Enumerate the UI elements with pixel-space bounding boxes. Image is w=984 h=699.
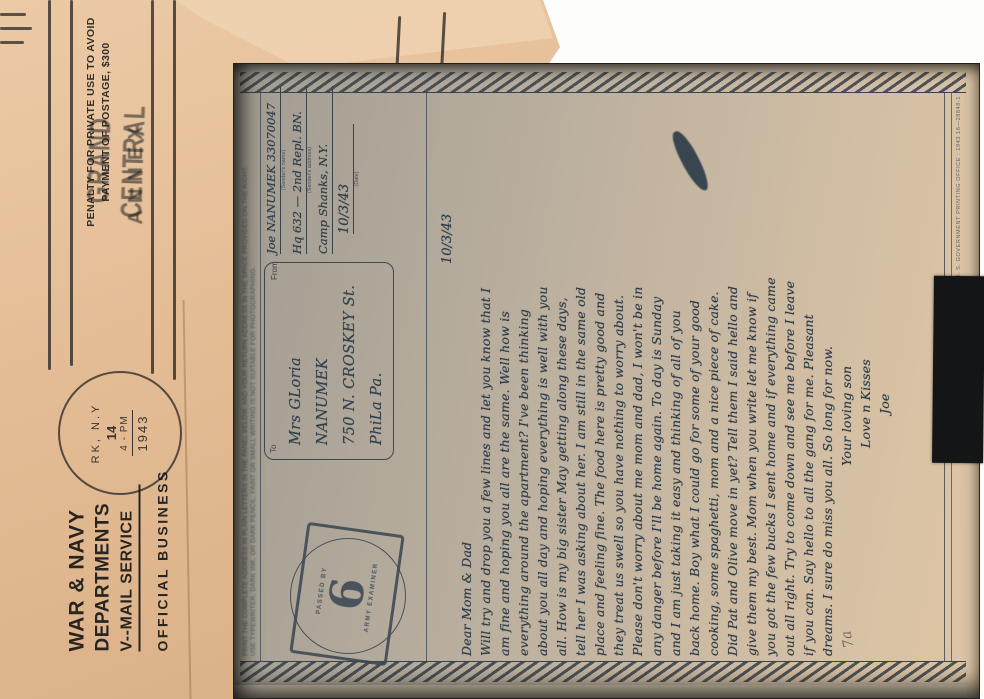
form-instructions: PRINT THE COMPLETE ADDRESS IN PLAIN LETT… bbox=[242, 96, 258, 656]
official-imprint: WAR & NAVY DEPARTMENTS V--MAIL SERVICE O… bbox=[66, 417, 206, 652]
address-line: PhiLa Pa. bbox=[364, 267, 391, 445]
cancellation-bar bbox=[48, 0, 51, 370]
sender-address1: Hq 632 — 2nd Repl. BN. bbox=[290, 86, 307, 254]
letter-line: you got the few bucks I sent home and if… bbox=[761, 96, 780, 656]
letter-line: if you can. Say hello to all the gang fo… bbox=[799, 96, 818, 656]
recipient-address: Mrs GLoria NANUMEK750 N. CROSKEY St.PhiL… bbox=[283, 267, 391, 445]
letter-date: 10/3/43 bbox=[438, 96, 457, 656]
vmail-photo: PRINT THE COMPLETE ADDRESS IN PLAIN LETT… bbox=[233, 63, 980, 699]
address-panel: To Mrs GLoria NANUMEK750 N. CROSKEY St.P… bbox=[264, 262, 394, 460]
imprint-official-business: OFFICIAL BUSINESS bbox=[155, 417, 171, 652]
printing-office-line: U. S. GOVERNMENT PRINTING OFFICE : 1943 … bbox=[956, 96, 962, 279]
signature: Joe bbox=[875, 96, 894, 414]
cancellation-bar bbox=[151, 0, 154, 374]
cancellation-bar bbox=[173, 0, 176, 380]
letter-line: place and feeling fine. The food here is… bbox=[590, 96, 609, 656]
instruction-line2: USE TYPEWRITER, DARK INK, OR DARK PENCIL… bbox=[250, 96, 258, 656]
letter-line: out all right. Try to come down and see … bbox=[780, 96, 799, 656]
to-label: To bbox=[269, 445, 278, 453]
cancel-stamp-annex: ANNEX bbox=[125, 117, 151, 227]
sender-date-caption: (Date) bbox=[354, 124, 360, 234]
letter-line: dreams. I sure do miss you all. So long … bbox=[818, 96, 837, 656]
censor-stamp-number: 6 bbox=[323, 575, 371, 613]
cancellation-dash bbox=[0, 13, 26, 16]
imprint-war-navy: WAR & NAVY bbox=[66, 417, 90, 652]
blackout-tape bbox=[932, 276, 984, 464]
sender-name-caption: (Sender's name) bbox=[281, 86, 287, 254]
sender-name: Joe NANUMEK 33070047 bbox=[264, 86, 281, 254]
address-line: Mrs GLoria NANUMEK bbox=[283, 267, 337, 445]
letter-line: they treat us swell so you have nothing … bbox=[609, 96, 628, 656]
letter-line: Please don't worry about me mom and dad,… bbox=[628, 96, 647, 656]
letter-line: Dear Mom & Dad bbox=[457, 96, 476, 656]
letter-line: Did Pat and Olive move in yet? Tell them… bbox=[723, 96, 742, 656]
letter-message: 10/3/43 Dear Mom & DadWill try and drop … bbox=[438, 96, 894, 656]
cancellation-dash bbox=[0, 41, 24, 44]
sender-date: 10/3/43 bbox=[337, 124, 354, 234]
letter-line: tell her I was asking about her. I am st… bbox=[571, 96, 590, 656]
scanned-vmail-and-envelope: PENALTY FOR PRIVATE USE TO AVOID PAYMENT… bbox=[0, 0, 984, 699]
vmail-form: PRINT THE COMPLETE ADDRESS IN PLAIN LETT… bbox=[240, 72, 966, 682]
header-divider-rule bbox=[426, 92, 427, 662]
hatched-border-left bbox=[240, 661, 966, 682]
cancellation-bar bbox=[70, 0, 73, 366]
cancel-stamp-grand-central: GRAND CENTRAL bbox=[80, 62, 123, 258]
letter-line: everything around the apartment? I've be… bbox=[514, 96, 533, 656]
closing-line: Love n Kisses bbox=[856, 96, 875, 448]
closing-line: Your loving son bbox=[837, 96, 856, 466]
pencil-annotation: 7a bbox=[838, 629, 857, 649]
letter-line: all. How is my big sister May getting al… bbox=[552, 96, 571, 656]
imprint-departments: DEPARTMENTS bbox=[93, 417, 115, 652]
photo-bottom-margin bbox=[234, 685, 979, 698]
sender-block: From Joe NANUMEK 33070047 (Sender's name… bbox=[264, 86, 363, 254]
form-top-rule bbox=[260, 92, 261, 662]
censor-stamp: PASSED BY 6 ARMY EXAMINER bbox=[289, 522, 404, 666]
letter-line: give them my best. Mom when you write le… bbox=[742, 96, 761, 656]
from-label: From bbox=[270, 261, 279, 280]
cancellation-dash bbox=[0, 27, 32, 30]
instruction-line1: PRINT THE COMPLETE ADDRESS IN PLAIN LETT… bbox=[242, 96, 250, 656]
sender-address2: Camp Shanks, N.Y. bbox=[316, 86, 333, 254]
letter-line: Will try and drop you a few lines and le… bbox=[476, 96, 495, 656]
letter-line: am fine and hoping you all are the same.… bbox=[495, 96, 514, 656]
imprint-vmail-service: V--MAIL SERVICE bbox=[119, 484, 141, 651]
letter-line: any danger before I'll be home again. To… bbox=[647, 96, 666, 656]
address-line: 750 N. CROSKEY St. bbox=[337, 267, 364, 445]
letter-body: Dear Mom & DadWill try and drop you a fe… bbox=[457, 96, 837, 656]
letter-line: and I am just taking it easy and thinkin… bbox=[666, 96, 685, 656]
sender-address-caption: (Sender's address) bbox=[307, 86, 313, 254]
letter-line: about you all day and hoping everything … bbox=[533, 96, 552, 656]
